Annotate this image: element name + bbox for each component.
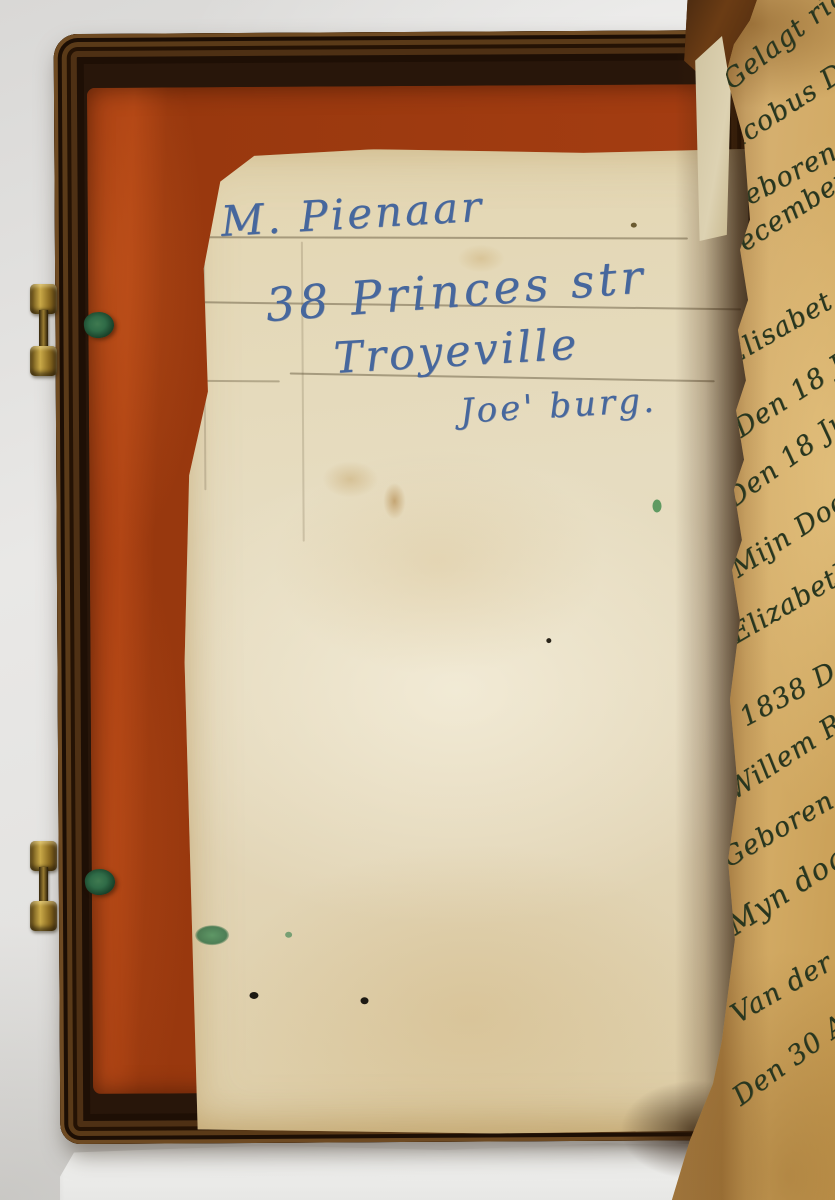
owner-inscription-suburb: Troyeville xyxy=(332,320,580,384)
ink-speck xyxy=(546,638,551,643)
ink-speck xyxy=(361,997,369,1004)
stain-speck xyxy=(631,223,637,228)
clasp-rod xyxy=(39,310,48,350)
pencil-line xyxy=(184,380,280,383)
brass-clasp-upper xyxy=(30,284,60,376)
photograph-of-antique-book: M. Pienaar 38 Princes str Troyeville Joe… xyxy=(0,0,835,1200)
pastedown-paper: M. Pienaar 38 Princes str Troyeville Joe… xyxy=(180,147,754,1135)
ink-speck xyxy=(249,992,258,999)
clasp-cylinder xyxy=(30,346,57,376)
green-paint-speck xyxy=(652,499,661,512)
green-paint-smudge xyxy=(195,925,229,945)
book-back-cover: M. Pienaar 38 Princes str Troyeville Joe… xyxy=(54,30,761,1144)
clasp-rod xyxy=(39,867,48,905)
owner-inscription-city: Joe' burg. xyxy=(459,380,658,431)
pencil-line xyxy=(203,240,207,490)
red-leather-panel: M. Pienaar 38 Princes str Troyeville Joe… xyxy=(87,84,732,1094)
owner-inscription-street: 38 Princes str xyxy=(264,249,649,332)
green-paint-speck xyxy=(285,932,292,938)
brass-clasp-lower xyxy=(30,841,60,931)
clasp-cylinder xyxy=(30,901,57,931)
